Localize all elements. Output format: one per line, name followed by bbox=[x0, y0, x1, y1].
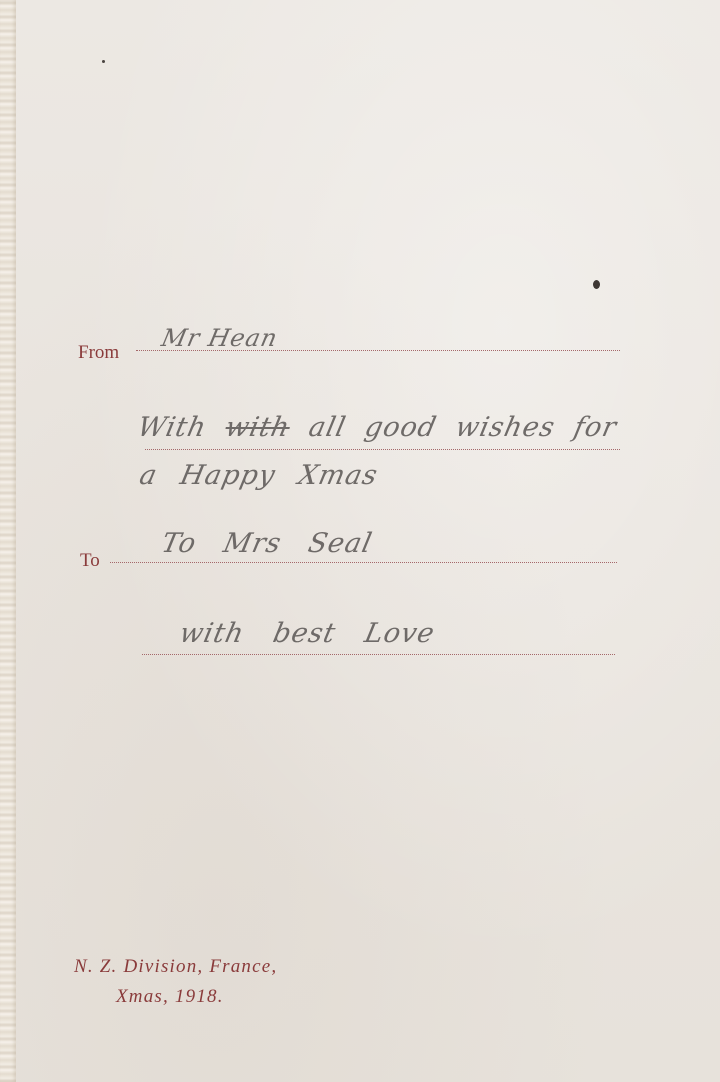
message-line-1: With with all good wishes for bbox=[135, 414, 619, 441]
footer-division-line: N. Z. Division, France, bbox=[74, 957, 277, 976]
from-handwritten-value: Mr Hean bbox=[159, 326, 280, 350]
to-handwritten-value: To Mrs Seal bbox=[159, 530, 375, 557]
ink-speck bbox=[102, 60, 105, 63]
from-label: From bbox=[78, 343, 119, 362]
to-dotted-line bbox=[110, 562, 617, 563]
closing-dotted-line bbox=[142, 654, 615, 655]
message-dotted-line-1 bbox=[145, 449, 620, 450]
to-label: To bbox=[80, 551, 100, 570]
footer-date-line: Xmas, 1918. bbox=[116, 987, 224, 1006]
message-words: all good wishes for bbox=[306, 412, 620, 443]
creased-left-edge bbox=[0, 0, 16, 1082]
struck-out-word: with bbox=[222, 412, 293, 443]
christmas-card: From Mr Hean With with all good wishes f… bbox=[0, 0, 720, 1082]
ink-speck bbox=[593, 280, 600, 289]
message-word: With bbox=[135, 412, 210, 443]
message-line-2: a Happy Xmas bbox=[137, 462, 380, 489]
closing-handwritten: with best Love bbox=[177, 620, 437, 647]
